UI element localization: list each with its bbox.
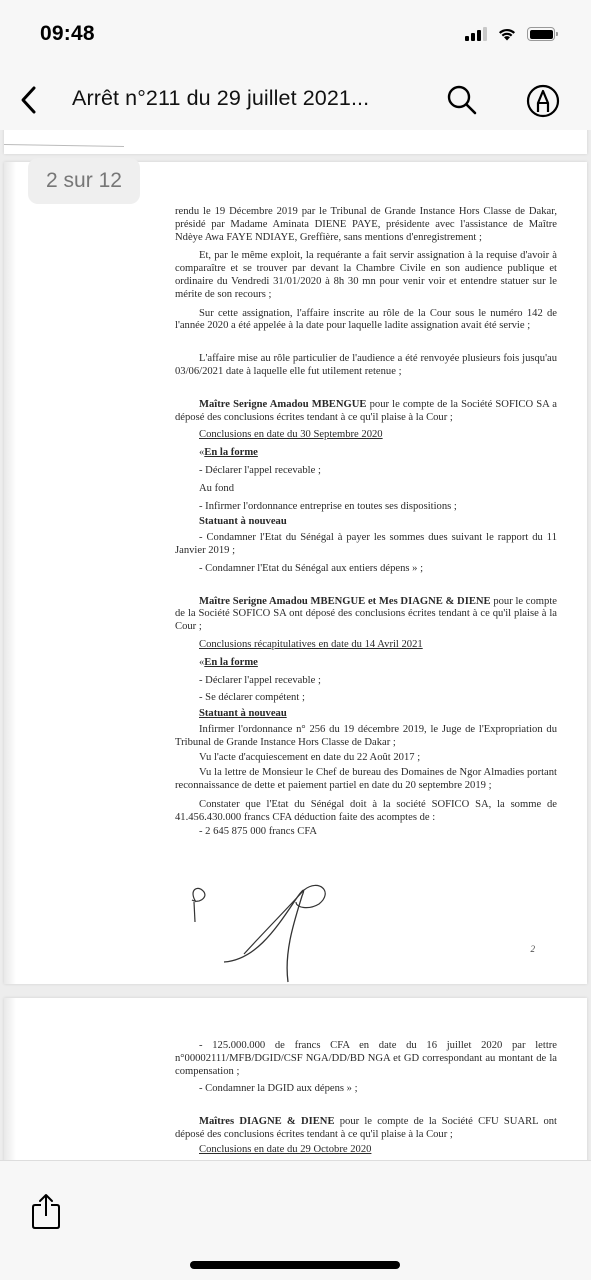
- list-item: Au fond: [175, 483, 557, 496]
- list-item: - 2 645 875 000 francs CFA: [175, 826, 557, 839]
- current-page: rendu le 19 Décembre 2019 par le Tribuna…: [4, 162, 587, 984]
- status-bar: 09:48: [0, 0, 591, 70]
- search-button[interactable]: [444, 82, 480, 118]
- markup-button[interactable]: [524, 82, 562, 120]
- form-heading: «En la forme: [175, 657, 557, 670]
- list-item: - Condamner l'Etat du Sénégal à payer le…: [175, 532, 557, 558]
- paragraph: Et, par le même exploit, la requérante a…: [175, 250, 557, 301]
- next-page: - 125.000.000 de francs CFA en date du 1…: [4, 998, 587, 1160]
- statuant-heading: Statuant à nouveau: [175, 516, 557, 529]
- home-indicator[interactable]: [190, 1261, 400, 1269]
- bottom-toolbar: [0, 1160, 591, 1280]
- lawyer-name: Maître Serigne Amadou MBENGUE: [199, 399, 366, 410]
- paragraph: - 125.000.000 de francs CFA en date du 1…: [175, 1040, 557, 1078]
- paragraph: rendu le 19 Décembre 2019 par le Tribuna…: [175, 206, 557, 244]
- page-number: 2: [531, 944, 536, 954]
- statuant-heading: Statuant à nouveau: [175, 708, 557, 721]
- page-text: rendu le 19 Décembre 2019 par le Tribuna…: [175, 206, 557, 839]
- paragraph-lawyer-1: Maître Serigne Amadou MBENGUE pour le co…: [175, 399, 557, 425]
- list-item: - Déclarer l'appel recevable ;: [175, 465, 557, 478]
- previous-page: [4, 130, 587, 154]
- page-counter: 2 sur 12: [28, 158, 140, 204]
- signature-image: [184, 882, 344, 997]
- paragraph: Vu la lettre de Monsieur le Chef de bure…: [175, 767, 557, 793]
- conclusions-title: Conclusions en date du 30 Septembre 2020: [175, 429, 557, 442]
- page-text: - 125.000.000 de francs CFA en date du 1…: [175, 1020, 557, 1157]
- page-shade: [4, 162, 16, 984]
- conclusions-title: Conclusions récapitulatives en date du 1…: [175, 639, 557, 652]
- paragraph-lawyer-2: Maître Serigne Amadou MBENGUE et Mes DIA…: [175, 596, 557, 634]
- paragraph: Constater que l'Etat du Sénégal doit à l…: [175, 799, 557, 825]
- list-item: - Condamner l'Etat du Sénégal aux entier…: [175, 563, 557, 576]
- share-icon: [30, 1191, 62, 1231]
- paragraph: Infirmer l'ordonnance n° 256 du 19 décem…: [175, 724, 557, 750]
- document-title: Arrêt n°211 du 29 juillet 2021...: [72, 86, 369, 111]
- form-heading: «En la forme: [175, 447, 557, 460]
- pdf-viewer[interactable]: rendu le 19 Décembre 2019 par le Tribuna…: [0, 130, 591, 1160]
- list-item: - Condamner la DGID aux dépens » ;: [175, 1083, 557, 1096]
- wifi-icon: [497, 27, 517, 41]
- paragraph-lawyer-3: Maîtres DIAGNE & DIENE pour le compte de…: [175, 1116, 557, 1142]
- list-item: - Déclarer l'appel recevable ;: [175, 675, 557, 688]
- paragraph: L'affaire mise au rôle particulier de l'…: [175, 353, 557, 379]
- navigation-bar: Arrêt n°211 du 29 juillet 2021...: [0, 70, 591, 130]
- conclusions-title: Conclusions en date du 29 Octobre 2020: [175, 1144, 557, 1157]
- cellular-signal-icon: [465, 27, 487, 41]
- markup-pen-icon: [524, 82, 562, 120]
- chevron-left-icon: [14, 82, 44, 118]
- lawyer-name: Maîtres DIAGNE & DIENE: [199, 1116, 335, 1127]
- list-item: - Se déclarer compétent ;: [175, 692, 557, 705]
- paragraph: Sur cette assignation, l'affaire inscrit…: [175, 308, 557, 334]
- search-icon: [444, 82, 480, 118]
- status-icons: [465, 27, 555, 41]
- battery-icon: [527, 27, 555, 41]
- back-button[interactable]: [14, 82, 44, 118]
- lawyer-name: Maître Serigne Amadou MBENGUE et Mes DIA…: [199, 596, 491, 607]
- paragraph: Vu l'acte d'acquiescement en date du 22 …: [175, 752, 557, 765]
- page-shade: [4, 998, 16, 1160]
- share-button[interactable]: [30, 1191, 62, 1231]
- list-item: - Infirmer l'ordonnance entreprise en to…: [175, 501, 557, 514]
- status-time: 09:48: [40, 22, 95, 46]
- scan-edge: [4, 144, 124, 147]
